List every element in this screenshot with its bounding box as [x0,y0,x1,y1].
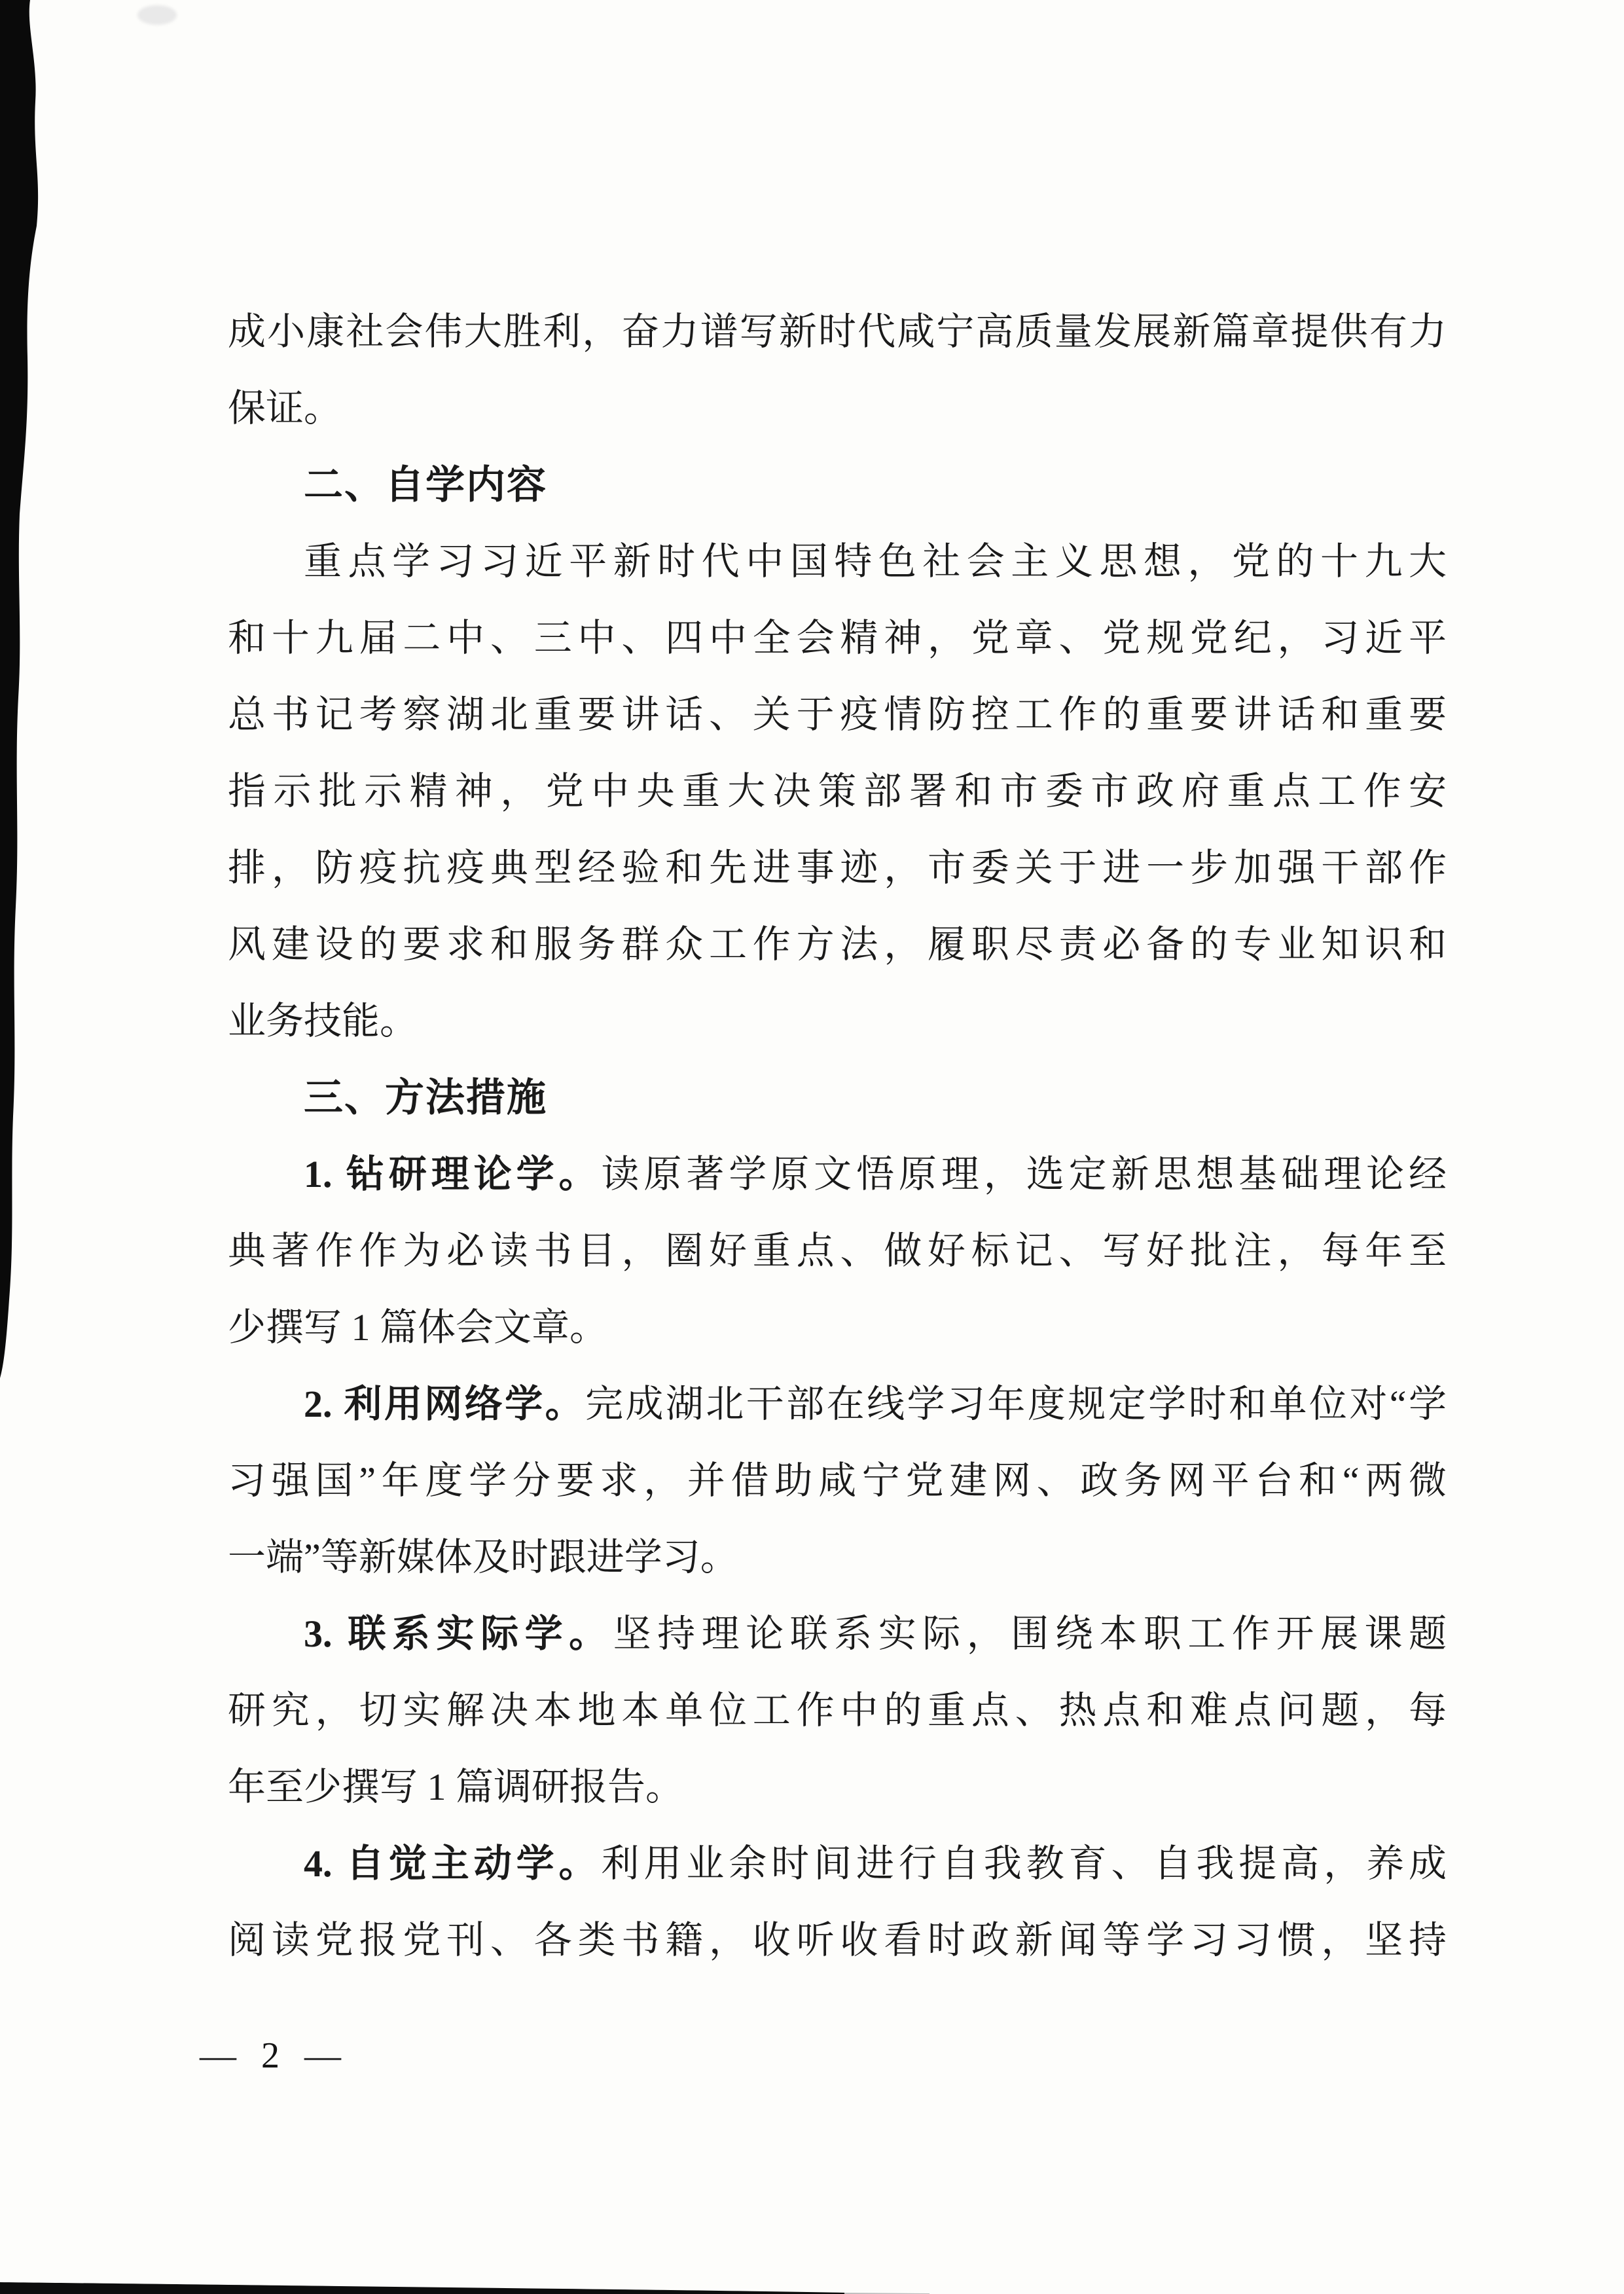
line-text: 一端”等新媒体及时跟进学习。 [228,1536,738,1578]
line-text: 阅读党报党刊、各类书籍，收听收看时政新闻等学习习惯，坚持 [228,1919,1447,1961]
paragraph-lead: 1. 钻研理论学。 [304,1153,601,1195]
paragraph-lead: 2. 利用网络学。 [304,1383,585,1425]
text-line: 保证。 [228,370,1447,446]
line-text: 重点学习习近平新时代中国特色社会主义思想，党的十九大 [304,540,1447,583]
line-text: 业务技能。 [228,1000,418,1042]
line-text: 和十九届二中、三中、四中全会精神，党章、党规党纪，习近平 [228,617,1447,659]
line-text: 指示批示精神，党中央重大决策部署和市委市政府重点工作安 [228,770,1447,812]
section-heading: 三、方法措施 [228,1059,1447,1136]
text-line: 和十九届二中、三中、四中全会精神，党章、党规党纪，习近平 [228,600,1447,676]
line-text: 成小康社会伟大胜利，奋力谱写新时代咸宁高质量发展新篇章提供有力 [228,310,1447,353]
text-line: 风建设的要求和服务群众工作方法，履职尽责必备的专业知识和 [228,906,1447,983]
line-text: 习强国”年度学分要求，并借助咸宁党建网、政务网平台和“两微 [228,1459,1447,1502]
line-text: 三、方法措施 [304,1076,547,1120]
text-line: 阅读党报党刊、各类书籍，收听收看时政新闻等学习习惯，坚持 [228,1902,1447,1978]
text-line: 典著作作为必读书目，圈好重点、做好标记、写好批注，每年至 [228,1212,1447,1289]
text-line: 1. 钻研理论学。读原著学原文悟原理，选定新思想基础理论经 [228,1136,1447,1212]
line-text: 保证。 [228,387,342,429]
text-line: 2. 利用网络学。完成湖北干部在线学习年度规定学时和单位对“学 [228,1366,1447,1442]
text-line: 少撰写 1 篇体会文章。 [228,1289,1447,1366]
scan-artifact-bottom-bar [0,2277,936,2294]
scan-artifact-left-streak [0,0,46,1381]
text-line: 4. 自觉主动学。利用业余时间进行自我教育、自我提高，养成 [228,1825,1447,1902]
scan-artifact-smudge [137,5,177,25]
text-line: 年至少撰写 1 篇调研报告。 [228,1749,1447,1825]
document-page: 成小康社会伟大胜利，奋力谱写新时代咸宁高质量发展新篇章提供有力 保证。 二、自学… [0,0,1624,2294]
line-text: 完成湖北干部在线学习年度规定学时和单位对“学 [585,1383,1447,1425]
line-text: 利用业余时间进行自我教育、自我提高，养成 [601,1842,1447,1885]
line-text: 二、自学内容 [304,463,547,507]
text-line: 总书记考察湖北重要讲话、关于疫情防控工作的重要讲话和重要 [228,676,1447,753]
line-text: 风建设的要求和服务群众工作方法，履职尽责必备的专业知识和 [228,923,1447,966]
line-text: 少撰写 1 篇体会文章。 [228,1306,607,1349]
text-line: 业务技能。 [228,983,1447,1059]
text-line: 习强国”年度学分要求，并借助咸宁党建网、政务网平台和“两微 [228,1442,1447,1519]
line-text: 读原著学原文悟原理，选定新思想基础理论经 [601,1153,1447,1195]
line-text: 排，防疫抗疫典型经验和先进事迹，市委关于进一步加强干部作 [228,847,1447,889]
text-line: 重点学习习近平新时代中国特色社会主义思想，党的十九大 [228,523,1447,600]
paragraph-lead: 4. 自觉主动学。 [304,1842,601,1885]
section-heading: 二、自学内容 [228,446,1447,523]
line-text: 年至少撰写 1 篇调研报告。 [228,1766,683,1808]
page-number: — 2 — [200,2033,349,2079]
text-line: 排，防疫抗疫典型经验和先进事迹，市委关于进一步加强干部作 [228,829,1447,906]
line-text: 总书记考察湖北重要讲话、关于疫情防控工作的重要讲话和重要 [228,693,1447,736]
text-line: 研究，切实解决本地本单位工作中的重点、热点和难点问题，每 [228,1672,1447,1749]
document-body: 成小康社会伟大胜利，奋力谱写新时代咸宁高质量发展新篇章提供有力 保证。 二、自学… [228,293,1447,1978]
text-line: 3. 联系实际学。坚持理论联系实际，围绕本职工作开展课题 [228,1595,1447,1672]
text-line: 指示批示精神，党中央重大决策部署和市委市政府重点工作安 [228,753,1447,829]
paragraph-lead: 3. 联系实际学。 [304,1612,613,1655]
line-text: 研究，切实解决本地本单位工作中的重点、热点和难点问题，每 [228,1689,1447,1732]
text-line: 成小康社会伟大胜利，奋力谱写新时代咸宁高质量发展新篇章提供有力 [228,293,1447,370]
text-line: 一端”等新媒体及时跟进学习。 [228,1519,1447,1595]
line-text: 典著作作为必读书目，圈好重点、做好标记、写好批注，每年至 [228,1229,1447,1272]
line-text: 坚持理论联系实际，围绕本职工作开展课题 [613,1612,1447,1655]
